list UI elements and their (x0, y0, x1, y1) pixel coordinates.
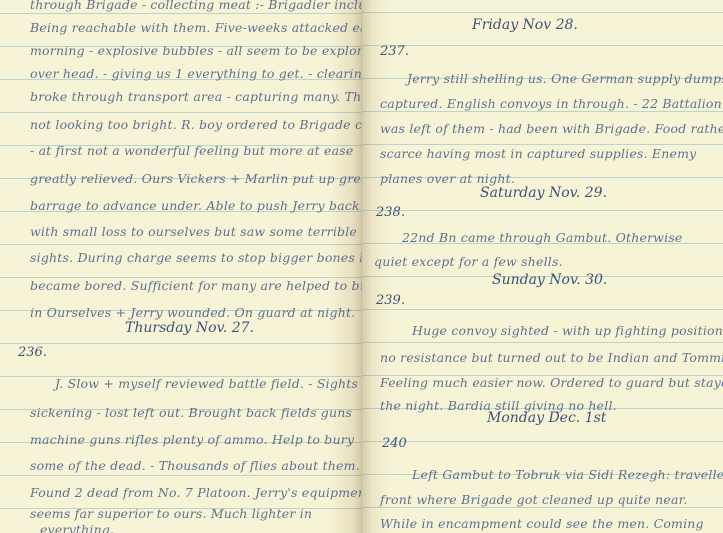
handwritten-line: not looking too bright. R. boy ordered t… (30, 117, 362, 132)
left-page: through Brigade - collecting meat :- Bri… (0, 0, 362, 533)
handwritten-line: over head. - giving us 1 everything to g… (30, 66, 362, 81)
entry-number: 237. (380, 44, 409, 59)
handwritten-line: sights. During charge seems to stop bigg… (30, 250, 362, 265)
notebook-spread: through Brigade - collecting meat :- Bri… (0, 0, 723, 533)
entry-number: 238. (376, 205, 405, 220)
handwritten-line: J. Slow + myself reviewed battle field. … (55, 376, 358, 391)
handwritten-line: some of the dead. - Thousands of flies a… (30, 458, 360, 473)
day-heading: Thursday Nov. 27. (125, 320, 254, 336)
handwritten-line: quiet except for a few shells. (374, 254, 563, 269)
handwritten-line: sickening - lost left out. Brought back … (30, 405, 352, 420)
handwritten-line: Being reachable with them. Five-weeks at… (30, 20, 362, 35)
handwritten-line: Huge convoy sighted - with up fighting p… (412, 323, 723, 338)
entry-number: 236. (18, 345, 47, 360)
day-heading: Monday Dec. 1st (487, 410, 606, 426)
handwritten-line: Found 2 dead from No. 7 Platoon. Jerry's… (30, 485, 362, 500)
handwritten-line: greatly relieved. Ours Vickers + Marlin … (30, 171, 362, 186)
handwritten-line: broke through transport area - capturing… (30, 89, 362, 104)
day-heading: Saturday Nov. 29. (480, 185, 607, 201)
handwritten-line: Jerry still shelling us. One German supp… (407, 71, 723, 86)
handwritten-line: became bored. Sufficient for many are he… (30, 278, 362, 293)
handwritten-line: through Brigade - collecting meat :- Bri… (30, 0, 362, 12)
handwritten-line: in Ourselves + Jerry wounded. On guard a… (30, 305, 355, 320)
handwritten-line: morning - explosive bubbles - all seem t… (30, 43, 362, 58)
handwritten-line: 22nd Bn came through Gambut. Otherwise (402, 230, 683, 245)
handwritten-line: Feeling much easier now. Ordered to guar… (380, 375, 723, 390)
handwritten-line: scarce having most in captured supplies.… (380, 146, 696, 161)
handwritten-line: barrage to advance under. Able to push J… (30, 198, 360, 213)
entry-number: 240 (382, 436, 407, 451)
handwritten-line: front where Brigade got cleaned up quite… (380, 492, 688, 507)
handwritten-line: - at first not a wonderful feeling but m… (30, 143, 353, 158)
handwritten-line: seems far superior to ours. Much lighter… (30, 506, 312, 521)
handwritten-line: with small loss to ourselves but saw som… (30, 224, 357, 239)
handwritten-line: was left of them - had been with Brigade… (380, 121, 723, 136)
handwritten-line: Left Gambut to Tobruk via Sidi Rezegh: t… (412, 467, 723, 482)
handwritten-line: no resistance but turned out to be India… (380, 350, 723, 365)
entry-number: 239. (376, 293, 405, 308)
day-heading: Sunday Nov. 30. (492, 272, 607, 288)
handwritten-line: captured. English convoys in through. - … (380, 96, 723, 111)
handwritten-line: While in encampment could see the men. C… (380, 516, 704, 531)
handwritten-line: planes over at night. (380, 171, 515, 186)
day-heading: Friday Nov 28. (472, 17, 578, 33)
right-page: Friday Nov 28. 237. Jerry still shelling… (362, 0, 723, 533)
handwritten-line: everything. (40, 522, 114, 533)
handwritten-line: machine guns rifles plenty of ammo. Help… (30, 432, 354, 447)
